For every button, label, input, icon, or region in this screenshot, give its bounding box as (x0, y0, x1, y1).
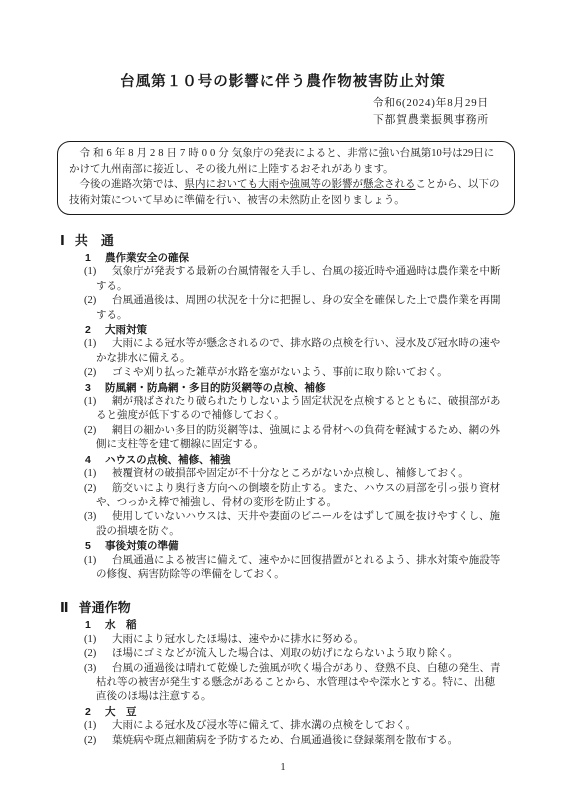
item-text: 気象庁が発表する最新の台風情報を入手し、台風の接近時や通過時は農作業を中断する。 (96, 266, 501, 291)
list-item: (1)大雨により冠水したほ場は、速やかに排水に努める。 (84, 633, 503, 647)
subsection-title: 3防風網・防鳥網・多目的防災網等の点検、補修 (85, 381, 566, 395)
item-text: 葉焼病や斑点細菌病を予防するため、台風通過後に登録薬剤を散布する。 (112, 735, 458, 746)
item-text: 大雨による冠水及び浸水等に備えて、排水溝の点検をしておく。 (112, 720, 416, 731)
subsection-title: 2大 豆 (85, 705, 566, 719)
item-text: 台風通過後は、周囲の状況を十分に把握し、身の安全を確保した上で農作業を再開する。 (96, 295, 501, 320)
item-text: 被覆資材の破損部や固定が不十分なところがないか点検し、補修しておく。 (112, 468, 469, 479)
notice-paragraph-2: 今後の進路次第では、県内においても大雨や強風等の影響が懸念されることから、以下の… (69, 177, 504, 208)
list-item: (2)ゴミや刈り払った雑草が水路を塞がないよう、事前に取り除いておく。 (84, 366, 503, 380)
item-label: (2) (84, 734, 112, 748)
item-label: (2) (84, 294, 112, 308)
list-item: (2)葉焼病や斑点細菌病を予防するため、台風通過後に登録薬剤を散布する。 (84, 734, 503, 748)
page-number: 1 (0, 761, 566, 775)
notice-datetime: 令和6年8月28日7時00分 (80, 148, 232, 159)
section-numeral: Ⅰ (60, 233, 65, 248)
list-item: (1)大雨による冠水等が懸念されるので、排水路の点検を行い、浸水及び冠水時の速や… (84, 337, 503, 366)
item-label: (1) (84, 719, 112, 733)
list-item: (1)被覆資材の破損部や固定が不十分なところがないか点検し、補修しておく。 (84, 467, 503, 481)
item-label: (1) (84, 395, 112, 409)
item-label: (1) (84, 467, 112, 481)
subsection-title: 5事後対策の準備 (85, 539, 566, 553)
item-text: 網が飛ばされたり破られたりしないよう固定状況を点検するとともに、破損部があると強… (96, 396, 501, 421)
item-label: (1) (84, 554, 112, 568)
item-text: 台風の通過後は晴れて乾燥した強風が吹く場合があり、登熟不良、白穂の発生、青枯れ等… (96, 663, 501, 703)
item-text: 大雨により冠水したほ場は、速やかに排水に努める。 (112, 634, 364, 645)
item-label: (2) (84, 482, 112, 496)
list-item: (1)網が飛ばされたり破られたりしないよう固定状況を点検するとともに、破損部があ… (84, 395, 503, 424)
list-item: (2)ほ場にゴミなどが流入した場合は、刈取の妨げにならないよう取り除く。 (84, 647, 503, 661)
item-label: (1) (84, 337, 112, 351)
item-label: (2) (84, 647, 112, 661)
list-item: (2)網目の細かい多目的防災網等は、強風による骨材への負荷を軽減するため、網の外… (84, 424, 503, 453)
section-numeral: Ⅱ (60, 600, 69, 615)
notice-underlined-warning: 県内においても大雨や強風等の影響が懸念される (185, 179, 416, 190)
notice-paragraph-1: 令和6年8月28日7時00分気象庁の発表によると、非常に強い台風第10号は29日… (69, 146, 504, 177)
item-text: ゴミや刈り払った雑草が水路を塞がないよう、事前に取り除いておく。 (112, 367, 448, 378)
item-label: (1) (84, 265, 112, 279)
subsection-title: 1農作業安全の確保 (85, 251, 566, 265)
section-title: 共 通 (75, 233, 114, 248)
item-text: 使用していないハウスは、天井や妻面のビニールをはずして風を抜けやすくし、施設の損… (96, 511, 500, 536)
item-label: (3) (84, 662, 112, 676)
list-item: (1)気象庁が発表する最新の台風情報を入手し、台風の接近時や通過時は農作業を中断… (84, 265, 503, 294)
list-item: (1)台風通過による被害に備えて、速やかに回復措置がとれるよう、排水対策や施設等… (84, 554, 503, 583)
item-text: 大雨による冠水等が懸念されるので、排水路の点検を行い、浸水及び冠水時の速やかな排… (96, 338, 500, 363)
item-label: (1) (84, 633, 112, 647)
item-text: 筋交いにより奥行き方向への倒壊を防止する。また、ハウスの肩部を引っ張り資材や、つ… (96, 483, 500, 508)
typhoon-advisory-document: 台風第１０号の影響に伴う農作物被害防止対策 令和6(2024)年8月29日 下都… (0, 0, 566, 800)
subsection-title: 4ハウスの点検、補修、補強 (85, 453, 566, 467)
list-item: (3)台風の通過後は晴れて乾燥した強風が吹く場合があり、登熟不良、白穂の発生、青… (84, 662, 503, 705)
item-label: (2) (84, 424, 112, 438)
item-text: 台風通過による被害に備えて、速やかに回復措置がとれるよう、排水対策や施設等の修復… (96, 555, 500, 580)
section-field-crops: Ⅱ普通作物 1水 稲 (1)大雨により冠水したほ場は、速やかに排水に努める。 (… (0, 599, 566, 748)
item-text: ほ場にゴミなどが流入した場合は、刈取の妨げにならないよう取り除く。 (112, 648, 458, 659)
item-label: (2) (84, 366, 112, 380)
section-heading: Ⅱ普通作物 (60, 599, 566, 616)
notice-paragraph-2-prefix: 今後の進路次第では、 (80, 179, 185, 190)
list-item: (2)筋交いにより奥行き方向への倒壊を防止する。また、ハウスの肩部を引っ張り資材… (84, 482, 503, 511)
issuer-line: 下都賀農業振興事務所 (0, 112, 489, 129)
list-item: (2)台風通過後は、周囲の状況を十分に把握し、身の安全を確保した上で農作業を再開… (84, 294, 503, 323)
list-item: (3)使用していないハウスは、天井や妻面のビニールをはずして風を抜けやすくし、施… (84, 510, 503, 539)
document-meta: 令和6(2024)年8月29日 下都賀農業振興事務所 (0, 95, 489, 128)
subsection-title: 1水 稲 (85, 618, 566, 632)
date-line: 令和6(2024)年8月29日 (0, 95, 489, 112)
list-item: (1)大雨による冠水及び浸水等に備えて、排水溝の点検をしておく。 (84, 719, 503, 733)
item-label: (3) (84, 510, 112, 524)
notice-box: 令和6年8月28日7時00分気象庁の発表によると、非常に強い台風第10号は29日… (57, 141, 515, 215)
item-text: 網目の細かい多目的防災網等は、強風による骨材への負荷を軽減するため、網の外側に支… (96, 425, 500, 450)
subsection-title: 2大雨対策 (85, 323, 566, 337)
section-title: 普通作物 (79, 600, 131, 615)
page-title: 台風第１０号の影響に伴う農作物被害防止対策 (0, 72, 566, 92)
section-common: Ⅰ共 通 1農作業安全の確保 (1)気象庁が発表する最新の台風情報を入手し、台風… (0, 232, 566, 582)
section-heading: Ⅰ共 通 (60, 232, 566, 249)
